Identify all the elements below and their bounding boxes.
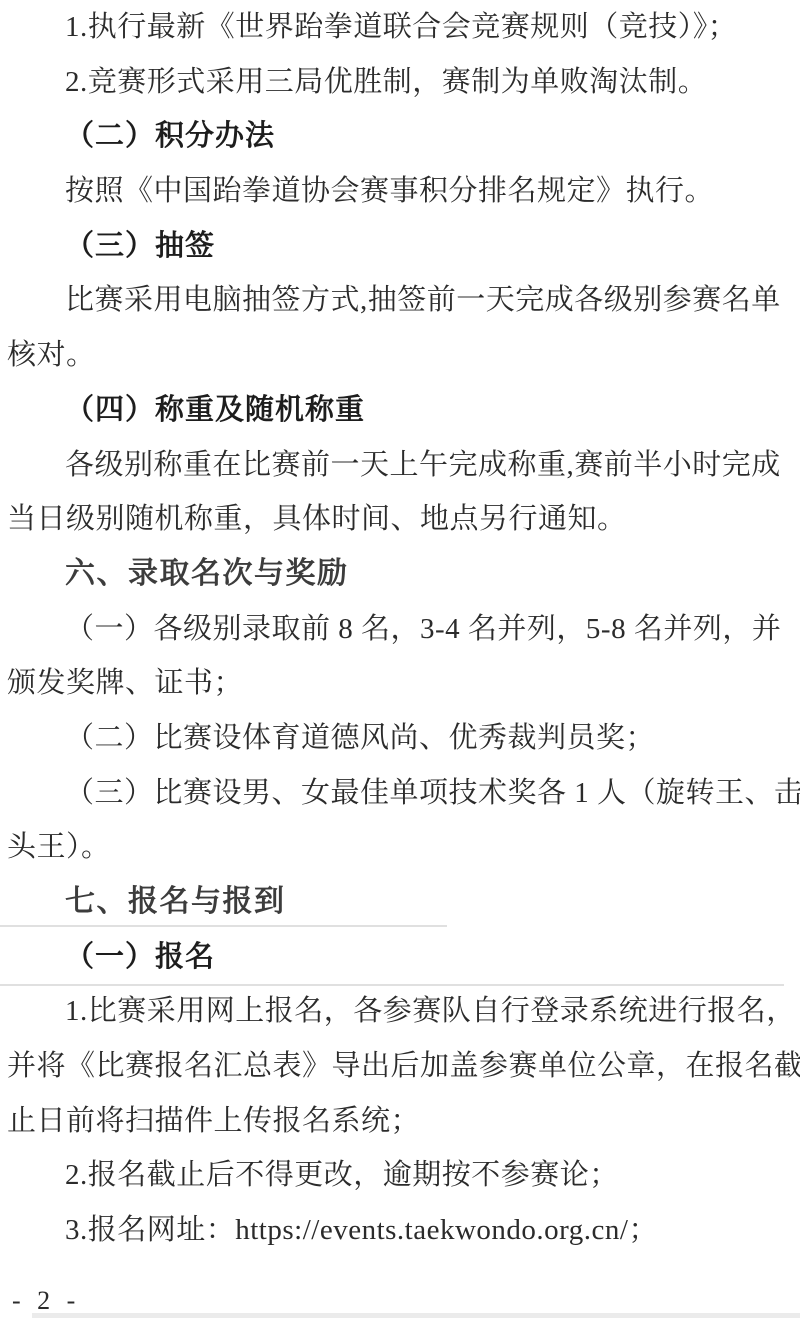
section-heading-awards: 六、录取名次与奖励 — [7, 547, 793, 602]
competition-rule-line-1: 1.执行最新《世界跆拳道联合会竞赛规则（竞技）》； — [7, 0, 793, 55]
heading-weigh-in: （四）称重及随机称重 — [7, 383, 793, 438]
awards-item-3-line-1: （三）比赛设男、女最佳单项技术奖各 1 人（旋转王、击 — [7, 766, 793, 821]
heading-sign-up-label: （一）报名 — [65, 941, 215, 973]
competition-rule-line-2: 2.竞赛形式采用三局优胜制，赛制为单败淘汰制。 — [7, 55, 793, 110]
weigh-in-text-line-1: 各级别称重在比赛前一天上午完成称重,赛前半小时完成 — [7, 438, 793, 493]
scan-rule-icon — [0, 925, 447, 927]
awards-item-2: （二）比赛设体育道德风尚、优秀裁判员奖； — [7, 711, 793, 766]
registration-item-3-url: 3.报名网址：https://events.taekwondo.org.cn/； — [7, 1203, 793, 1258]
registration-item-1-line-1: 1.比赛采用网上报名，各参赛队自行登录系统进行报名， — [7, 984, 793, 1039]
document-body: 1.执行最新《世界跆拳道联合会竞赛规则（竞技）》； 2.竞赛形式采用三局优胜制，… — [7, 0, 793, 1258]
registration-item-1-line-2: 并将《比赛报名汇总表》导出后加盖参赛单位公章，在报名截 — [7, 1039, 793, 1094]
scoring-method-text: 按照《中国跆拳道协会赛事积分排名规定》执行。 — [7, 164, 793, 219]
section-heading-registration-label: 七、报名与报到 — [65, 885, 286, 918]
draw-text-line-1: 比赛采用电脑抽签方式,抽签前一天完成各级别参赛名单 — [7, 273, 793, 328]
draw-text-line-2: 核对。 — [7, 328, 793, 383]
awards-item-1-line-1: （一）各级别录取前 8 名，3-4 名并列，5-8 名并列，并 — [7, 602, 793, 657]
awards-item-1-line-2: 颁发奖牌、证书； — [7, 656, 793, 711]
awards-item-3-line-2: 头王）。 — [7, 820, 793, 875]
scan-strip-artifact — [32, 1313, 800, 1318]
heading-sign-up: （一）报名 — [7, 930, 793, 985]
registration-item-2: 2.报名截止后不得更改，逾期按不参赛论； — [7, 1148, 793, 1203]
registration-item-1-line-3: 止日前将扫描件上传报名系统； — [7, 1094, 793, 1149]
section-heading-registration: 七、报名与报到 — [7, 875, 793, 930]
heading-draw: （三）抽签 — [7, 219, 793, 274]
heading-scoring-method: （二）积分办法 — [7, 109, 793, 164]
document-page: 1.执行最新《世界跆拳道联合会竞赛规则（竞技）》； 2.竞赛形式采用三局优胜制，… — [0, 0, 800, 1318]
weigh-in-text-line-2: 当日级别随机称重，具体时间、地点另行通知。 — [7, 492, 793, 547]
page-number: - 2 - — [12, 1288, 80, 1314]
